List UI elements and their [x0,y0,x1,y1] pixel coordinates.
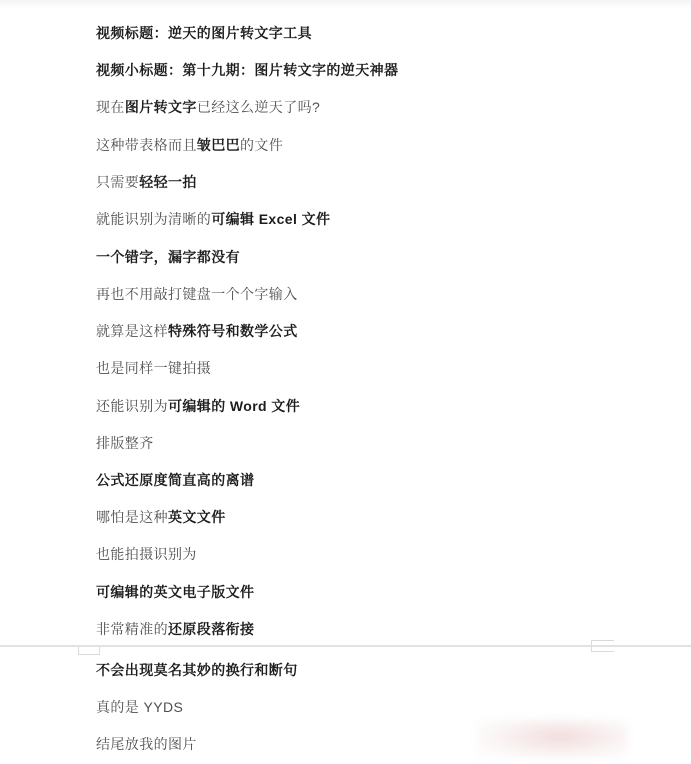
script-line: 这种带表格而且皱巴巴的文件 [96,138,283,153]
script-text-bold: 特殊符号和数学公式 [168,323,298,339]
script-text: 现在 [96,99,125,115]
script-line: 也能拍摄识别为 [96,547,197,562]
script-text-bold: 皱巴巴 [197,137,240,153]
script-lines: 视频标题：逆天的图片转文字工具视频小标题：第十九期：图片转文字的逆天神器现在图片… [0,0,691,764]
page-margin-mark-left [78,647,100,655]
script-line: 结尾放我的图片 [96,737,197,752]
script-text: 结尾放我的图片 [96,736,197,752]
script-text: 还能识别为 [96,398,168,414]
script-line: 只需要轻轻一拍 [96,175,197,190]
watermark-blur [476,719,628,759]
document-page: 视频标题：逆天的图片转文字工具视频小标题：第十九期：图片转文字的逆天神器现在图片… [0,0,691,764]
script-text: 排版整齐 [96,435,154,451]
script-line: 再也不用敲打键盘一个个字输入 [96,287,298,302]
script-line: 可编辑的英文电子版文件 [96,585,254,600]
page-break-line [0,645,691,647]
script-text: 就能识别为清晰的 [96,211,211,227]
script-text: 的文件 [240,137,283,153]
script-line: 视频标题：逆天的图片转文字工具 [96,26,312,41]
script-line: 视频小标题：第十九期：图片转文字的逆天神器 [96,63,398,78]
script-text-bold: 英文文件 [168,509,226,525]
script-line: 公式还原度简直高的离谱 [96,473,254,488]
script-text-bold: 一个错字，漏字都没有 [96,249,240,265]
script-line: 也是同样一键拍摄 [96,361,211,376]
script-text-bold: 可编辑的 Word 文件 [168,398,300,414]
script-line: 还能识别为可编辑的 Word 文件 [96,399,300,414]
script-text: 已经这么逆天了吗? [197,99,320,115]
script-line: 就能识别为清晰的可编辑 Excel 文件 [96,212,330,227]
script-text-bold: 公式还原度简直高的离谱 [96,472,254,488]
script-text: 也能拍摄识别为 [96,546,197,562]
script-text-bold: 视频小标题：第十九期：图片转文字的逆天神器 [96,62,398,78]
page-margin-mark-right [591,640,614,652]
script-text-bold: 可编辑 Excel 文件 [211,211,330,227]
script-text: 非常精准的 [96,621,168,637]
script-text-bold: 图片转文字 [125,99,197,115]
script-text: 只需要 [96,174,139,190]
script-text: 再也不用敲打键盘一个个字输入 [96,286,298,302]
script-line: 非常精准的还原段落衔接 [96,622,254,637]
script-text-bold: 视频标题：逆天的图片转文字工具 [96,25,312,41]
script-text: 也是同样一键拍摄 [96,360,211,376]
script-line: 不会出现莫名其妙的换行和断句 [96,663,298,678]
script-text-bold: 可编辑的英文电子版文件 [96,584,254,600]
script-line: 真的是 YYDS [96,700,183,715]
script-text: 真的是 YYDS [96,699,183,715]
script-text-bold: 还原段落衔接 [168,621,254,637]
script-text-bold: 轻轻一拍 [139,174,197,190]
script-text-bold: 不会出现莫名其妙的换行和断句 [96,662,298,678]
script-line: 就算是这样特殊符号和数学公式 [96,324,298,339]
script-line: 一个错字，漏字都没有 [96,250,240,265]
script-text: 就算是这样 [96,323,168,339]
script-line: 现在图片转文字已经这么逆天了吗? [96,100,320,115]
script-text: 哪怕是这种 [96,509,168,525]
script-text: 这种带表格而且 [96,137,197,153]
script-line: 哪怕是这种英文文件 [96,510,226,525]
script-line: 排版整齐 [96,436,154,451]
